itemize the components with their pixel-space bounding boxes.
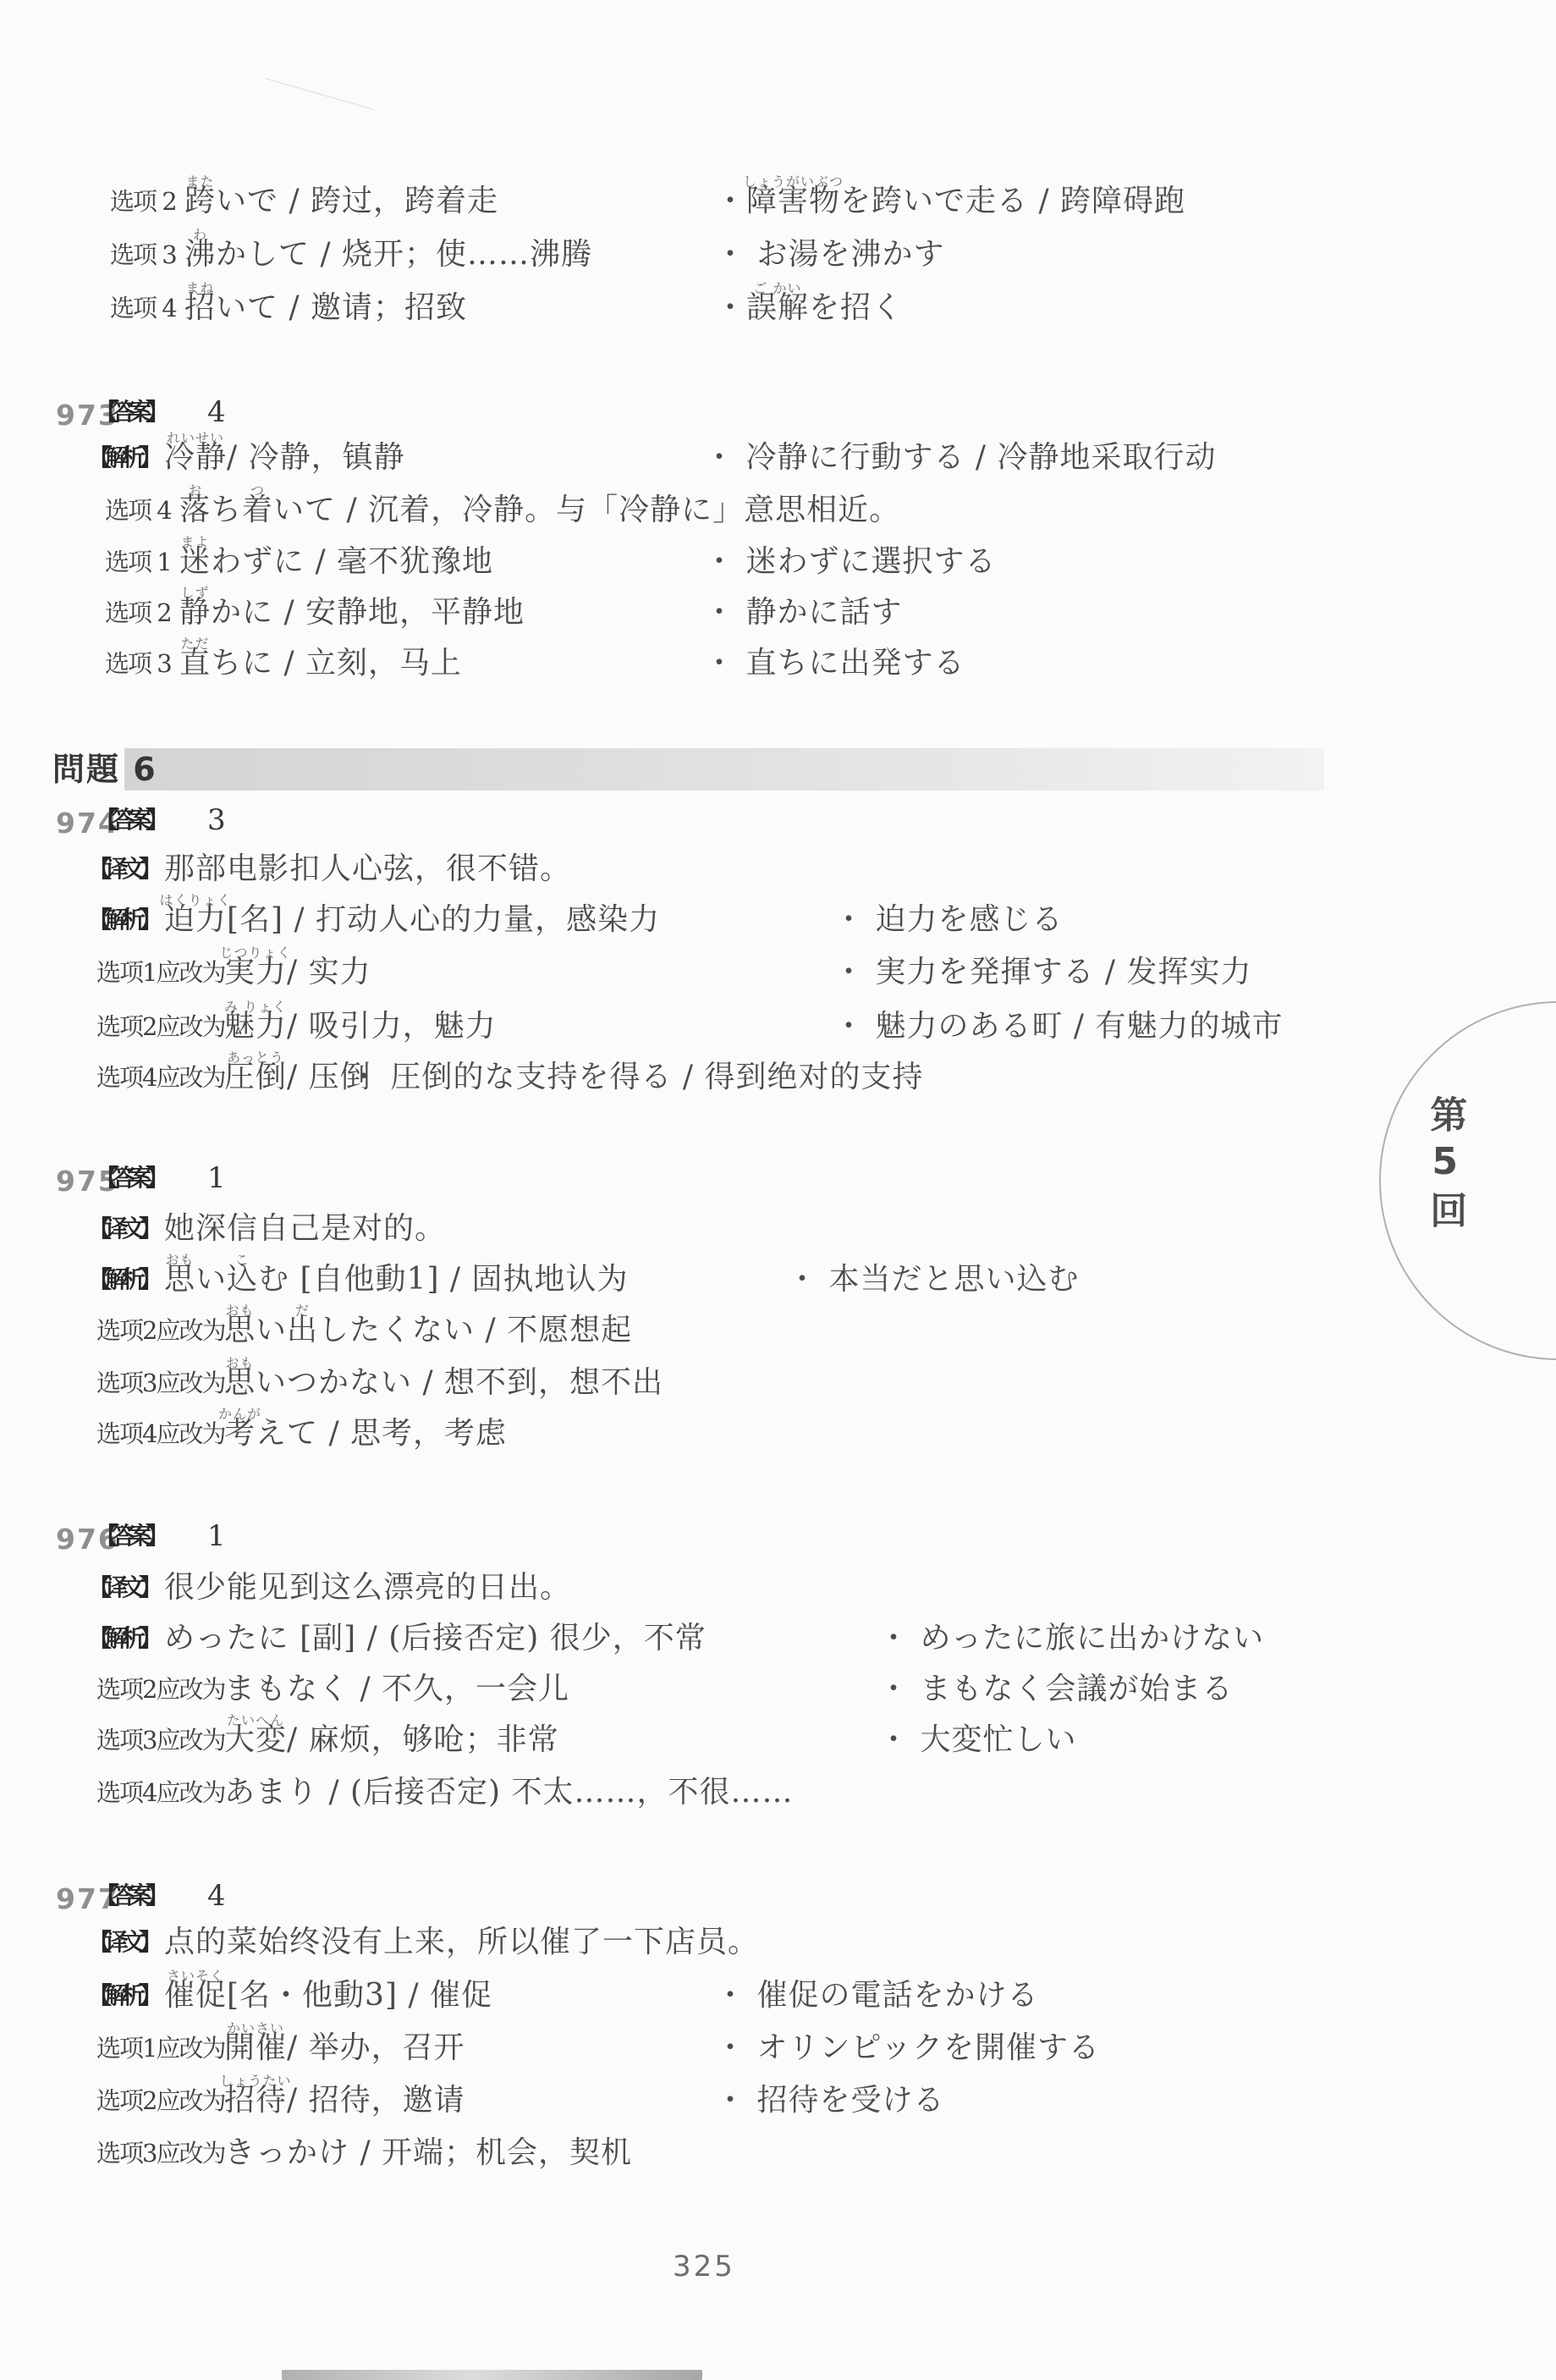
answer-value: 4: [207, 1877, 227, 1914]
text-segment: 催促さいそく: [164, 1977, 227, 2014]
item-977: 977【答案】4【译文】点的菜始终没有上来，所以催了一下店员。【解析】催促さいそ…: [0, 0, 1556, 2380]
example-sentence: ・ 招待を受ける: [715, 2082, 944, 2119]
text-segment: / 举办，召开: [287, 2030, 465, 2067]
text-segment: 開催かいさい: [224, 2030, 287, 2067]
furigana: さいそく: [167, 1970, 224, 1983]
word-gloss: 催促さいそく [名・他動3] / 催促: [164, 1977, 492, 2014]
word-gloss: きっかけ / 开端；机会，契机: [224, 2135, 632, 2172]
text-segment: ・ 招待を受ける: [715, 2082, 944, 2119]
example-sentence: ・ オリンピックを開催する: [715, 2030, 1100, 2067]
text-segment: きっかけ / 开端；机会，契机: [224, 2135, 632, 2172]
bottom-scan-bar: [282, 2370, 702, 2380]
option-label: 选项3应改为: [96, 2135, 224, 2172]
text-segment: [名・他動3] / 催促: [227, 1977, 492, 2014]
page: 問題 6 选项 2跨またいで / 跨过，跨着走・ 障害物しょうがいぶつを跨いで走…: [0, 0, 1556, 2380]
bracket-label: 【解析】: [88, 1977, 156, 2014]
example-sentence: ・ 催促の電話をかける: [715, 1977, 1038, 2014]
round-badge-label: 第5回: [1425, 1095, 1464, 1236]
option-label: 选项1应改为: [96, 2030, 224, 2067]
word-gloss: 開催かいさい / 举办，召开: [224, 2030, 465, 2067]
item-977-answer-row: 977【答案】4: [0, 1877, 1556, 1914]
page-number: 325: [673, 2250, 735, 2284]
text-segment: / 招待，邀请: [287, 2082, 465, 2119]
item-977-row-option-1: 选项1应改为開催かいさい / 举办，召开・ オリンピックを開催する: [0, 2030, 1556, 2067]
item-977-row-option-3: 选项3应改为きっかけ / 开端；机会，契机: [0, 2135, 1556, 2172]
text-segment: 招待しょうたい: [224, 2082, 287, 2119]
text-segment: ・ 催促の電話をかける: [715, 1977, 1038, 2014]
option-label: 选项2应改为: [96, 2082, 224, 2119]
text-segment: ・ オリンピックを開催する: [715, 2030, 1100, 2067]
word-gloss: 点的菜始终没有上来，所以催了一下店员。: [164, 1924, 759, 1961]
item-977-row-jiexi: 【解析】催促さいそく [名・他動3] / 催促・ 催促の電話をかける: [0, 1977, 1556, 2014]
furigana: かいさい: [227, 2022, 284, 2036]
answer-label: 【答案】: [95, 1877, 162, 1914]
item-977-row-yiwen: 【译文】点的菜始终没有上来，所以催了一下店员。: [0, 1924, 1556, 1961]
furigana: しょうたい: [219, 2074, 291, 2088]
word-gloss: 招待しょうたい / 招待，邀请: [224, 2082, 465, 2119]
text-segment: 点的菜始终没有上来，所以催了一下店员。: [164, 1924, 759, 1961]
item-977-row-option-2: 选项2应改为招待しょうたい / 招待，邀请・ 招待を受ける: [0, 2082, 1556, 2119]
bracket-label: 【译文】: [88, 1924, 156, 1961]
